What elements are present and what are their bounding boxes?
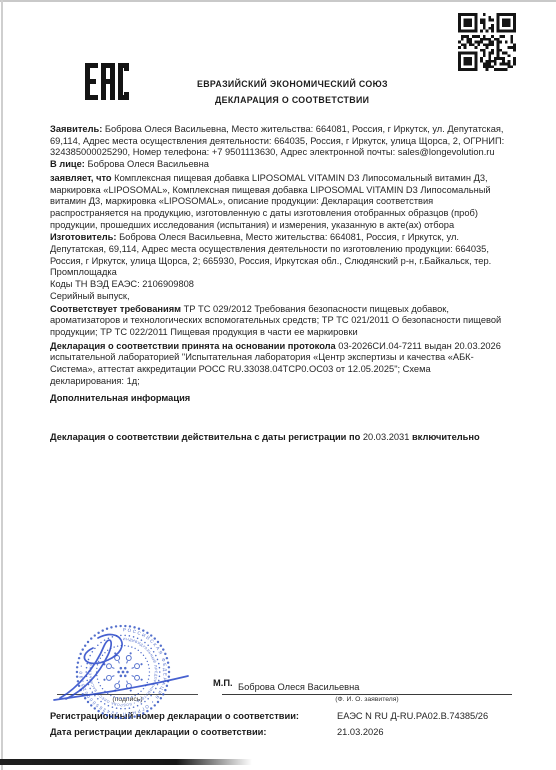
validity-paragraph: Декларация о соответствии действительна …: [50, 432, 490, 444]
applicant-name-caption: (Ф. И. О. заявителя): [222, 696, 512, 703]
applicant-label: Заявитель:: [50, 124, 102, 134]
union-title: ЕВРАЗИЙСКИЙ ЭКОНОМИЧЕСКИЙ СОЮЗ: [197, 79, 407, 89]
scan-artifact-bar: [0, 759, 252, 765]
applicant-name: Боброва Олеся Васильевна: [238, 682, 359, 692]
document-body: Заявитель: Боброва Олеся Васильевна, Мес…: [50, 124, 507, 444]
applicant-text: Боброва Олеся Васильевна, Место жительст…: [50, 124, 504, 157]
signature-scribble: [46, 626, 206, 706]
applicant-paragraph: Заявитель: Боброва Олеся Васильевна, Мес…: [50, 124, 507, 159]
basis-label: Декларация о соответствии принята на осн…: [50, 341, 336, 351]
basis-paragraph: Декларация о соответствии принята на осн…: [50, 341, 507, 388]
qr-code-icon: [458, 13, 516, 71]
in-person-label: В лице:: [50, 159, 85, 169]
scan-edge-left: [1, 0, 3, 770]
in-person-paragraph: В лице: Боброва Олеся Васильевна: [50, 159, 507, 171]
complies-label: Соответствует требованиям: [50, 304, 181, 314]
manufacturer-text: Боброва Олеся Васильевна, Место жительст…: [50, 232, 491, 277]
eac-mark-icon: [85, 63, 129, 100]
scan-edge-top: [0, 0, 556, 2]
validity-suffix: включительно: [412, 432, 480, 442]
validity-date: 20.03.2031: [360, 432, 412, 442]
in-person-text: Боброва Олеся Васильевна: [85, 159, 209, 169]
tnved-line: Коды ТН ВЭД ЕАЭС: 2106909808: [50, 279, 507, 291]
serial-line: Серийный выпуск,: [50, 291, 507, 303]
manufacturer-label: Изготовитель:: [50, 232, 116, 242]
document-title: ДЕКЛАРАЦИЯ О СООТВЕТСТВИИ: [215, 95, 365, 105]
applicant-name-line: [222, 694, 512, 695]
mp-seal-label: М.П.: [213, 678, 233, 688]
additional-info-heading: Дополнительная информация: [50, 393, 507, 405]
validity-label: Декларация о соответствии действительна …: [50, 432, 360, 442]
reg-date-label: Дата регистрации декларации о соответств…: [50, 727, 266, 737]
complies-paragraph: Соответствует требованиям ТР ТС 029/2012…: [50, 304, 507, 339]
reg-number-value: ЕАЭС N RU Д-RU.РА02.В.74385/26: [337, 711, 488, 721]
manufacturer-paragraph: Изготовитель: Боброва Олеся Васильевна, …: [50, 232, 507, 279]
declaration-page: ЕВРАЗИЙСКИЙ ЭКОНОМИЧЕСКИЙ СОЮЗ ДЕКЛАРАЦИ…: [0, 0, 556, 770]
declares-text: Комплексная пищевая добавка LIPOSOMAL VI…: [50, 173, 491, 230]
reg-date-value: 21.03.2026: [337, 727, 384, 737]
declares-paragraph: заявляет, что Комплексная пищевая добавк…: [50, 173, 507, 232]
declares-label: заявляет, что: [50, 173, 112, 183]
